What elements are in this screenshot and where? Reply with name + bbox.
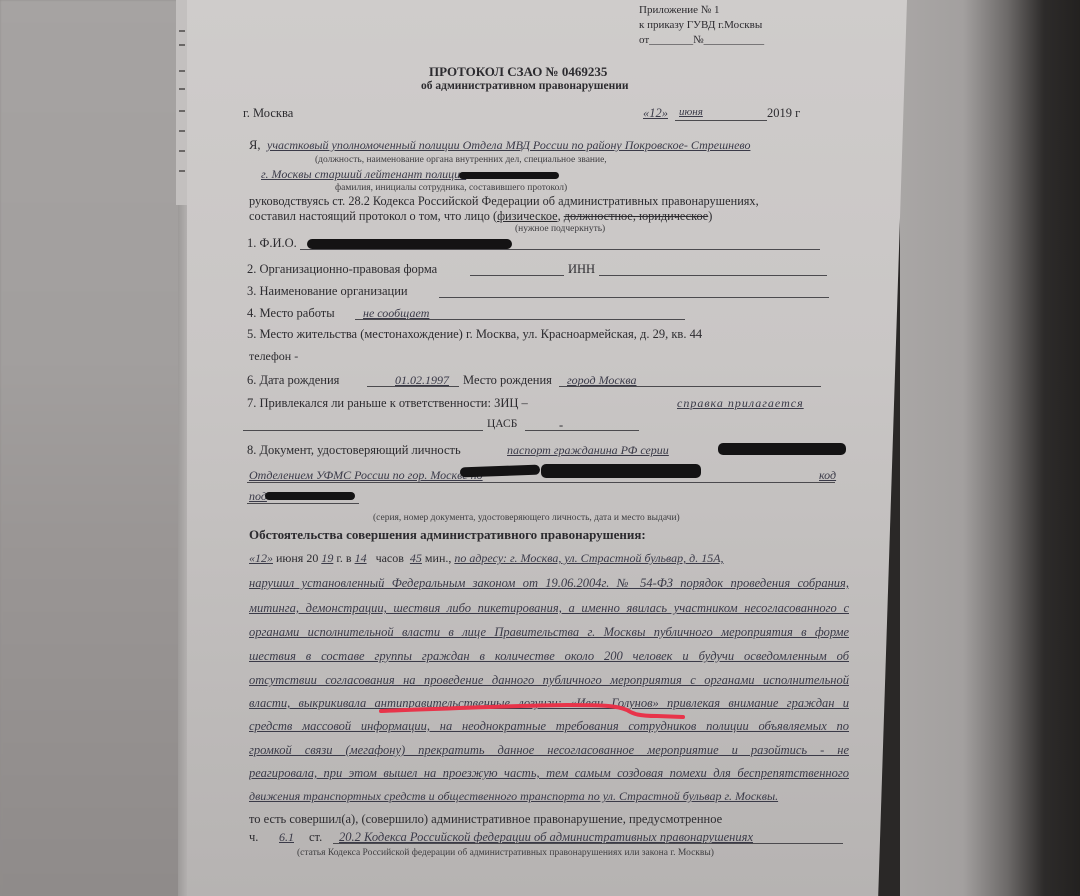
field-3-label: 3. Наименование организации bbox=[247, 284, 408, 299]
field-7-line bbox=[243, 430, 483, 431]
person-type-struck: должностное, юридическое bbox=[564, 209, 709, 223]
redaction-issuer-1 bbox=[460, 465, 540, 478]
field-6-label: 6. Дата рождения bbox=[247, 373, 339, 388]
circumstances-line-4: шествия в составе группы граждан в колич… bbox=[249, 649, 849, 664]
date-month-line bbox=[675, 120, 767, 121]
birthplace-label: Место рождения bbox=[463, 373, 552, 388]
conclusion-part-label: ч. bbox=[249, 830, 258, 845]
circumstances-line-10: движения транспортных средств и обществе… bbox=[249, 789, 778, 804]
field-1-label: 1. Ф.И.О. bbox=[247, 236, 297, 251]
redaction-division-code bbox=[265, 492, 355, 500]
circumstances-heading: Обстоятельства совершения административн… bbox=[249, 527, 646, 543]
field-3-line bbox=[439, 297, 829, 298]
field-7-label: 7. Привлекался ли раньше к ответственнос… bbox=[247, 396, 528, 411]
circumstances-date-line: «12» июня 20 19 г. в 14 часов 45 мин., п… bbox=[249, 551, 724, 566]
date-day: «12» bbox=[643, 106, 668, 121]
field-8-label: 8. Документ, удостоверяющий личность bbox=[247, 443, 461, 458]
circumstances-line-9: реагировала, при этом вышел на проезжую … bbox=[249, 766, 849, 781]
basis-caption: (нужное подчеркнуть) bbox=[515, 224, 605, 234]
field-2-inn-label: ИНН bbox=[568, 262, 595, 277]
document-line-2-underline bbox=[247, 482, 835, 483]
field-7-value: справка прилагается bbox=[677, 396, 804, 411]
officer-prefix: Я, bbox=[249, 138, 260, 153]
conclusion-part-value: 6.1 bbox=[279, 830, 294, 845]
event-month: июня 20 bbox=[276, 551, 318, 565]
field-5-label: 5. Место жительства (местонахождение) г.… bbox=[247, 327, 702, 342]
circumstances-line-1: нарушил установленный Федеральным законо… bbox=[249, 576, 849, 591]
protocol-title: ПРОТОКОЛ СЗАО № 0469235 bbox=[429, 64, 607, 80]
document-line-2: Отделением УФМС России по гор. Москве по bbox=[249, 468, 483, 483]
field-2-line bbox=[470, 275, 564, 276]
casb-label: ЦАСБ bbox=[487, 418, 517, 430]
event-hours: 14 bbox=[355, 551, 367, 565]
red-marker-underline bbox=[377, 700, 697, 728]
casb-line bbox=[525, 430, 639, 431]
basis-line-1: руководствуясь ст. 28.2 Кодекса Российск… bbox=[249, 194, 759, 209]
city: г. Москва bbox=[243, 106, 293, 121]
protocol-document: Приложение № 1 к приказу ГУВД г.Москвы о… bbox=[187, 0, 907, 896]
phone-label: телефон - bbox=[249, 349, 298, 364]
background-blur-right bbox=[900, 0, 1080, 896]
redaction-passport-number bbox=[718, 443, 846, 455]
event-minutes: 45 bbox=[410, 551, 422, 565]
circumstances-line-8: громкой связи (мегафону) прекратить данн… bbox=[249, 743, 849, 758]
officer-name-caption: фамилия, инициалы сотрудника, составивше… bbox=[335, 183, 567, 193]
date-month: июня bbox=[679, 106, 703, 118]
officer-position-caption: (должность, наименование органа внутренн… bbox=[315, 155, 607, 165]
conclusion-article-line bbox=[333, 843, 843, 844]
birth-date-line bbox=[367, 386, 459, 387]
redaction-full-name bbox=[307, 239, 512, 249]
field-4-label: 4. Место работы bbox=[247, 306, 335, 321]
event-day: «12» bbox=[249, 551, 273, 565]
redaction-officer-name bbox=[459, 172, 559, 179]
field-1-line bbox=[300, 249, 820, 250]
protocol-subtitle: об административном правонарушении bbox=[421, 80, 628, 92]
date-year: 2019 г bbox=[767, 106, 800, 121]
circumstances-line-5: отсутствии согласования на проведение да… bbox=[249, 673, 849, 688]
circumstances-line-2: митинга, демонстрации, шествия либо пике… bbox=[249, 601, 849, 616]
field-2-inn-line bbox=[599, 275, 827, 276]
appendix-line-1: Приложение № 1 bbox=[639, 4, 720, 16]
field-2-label: 2. Организационно-правовая форма bbox=[247, 262, 437, 277]
document-line-2-end: код bbox=[819, 468, 836, 483]
appendix-line-2: к приказу ГУВД г.Москвы bbox=[639, 19, 762, 31]
basis-line-2-prefix: составил настоящий протокол о том, что л… bbox=[249, 209, 497, 223]
event-year: 19 bbox=[321, 551, 333, 565]
basis-line-2: составил настоящий протокол о том, что л… bbox=[249, 209, 712, 224]
birthplace-line bbox=[559, 386, 821, 387]
document-line-1: паспорт гражданина РФ серии bbox=[507, 443, 669, 458]
conclusion-caption: (статья Кодекса Российской федерации об … bbox=[297, 848, 714, 858]
document-caption: (серия, номер документа, удостоверяющего… bbox=[373, 513, 680, 523]
appendix-line-3: от________№___________ bbox=[639, 34, 764, 46]
event-address: по адресу: г. Москва, ул. Страстной буль… bbox=[454, 551, 723, 565]
officer-rank: г. Москвы старший лейтенант полиции bbox=[261, 167, 466, 182]
conclusion-article-label: ст. bbox=[309, 830, 322, 845]
field-4-line bbox=[355, 319, 685, 320]
background-blur-left bbox=[0, 0, 185, 896]
circumstances-line-3: органами исполнительной власти в лице Пр… bbox=[249, 625, 849, 640]
document-line-3-underline bbox=[247, 503, 359, 504]
conclusion-line-1: то есть совершил(а), (совершило) админис… bbox=[249, 812, 722, 827]
redaction-issuer-2 bbox=[541, 464, 701, 478]
person-type-selected: физическое bbox=[497, 209, 558, 223]
officer-position: участковый уполномоченный полиции Отдела… bbox=[267, 138, 750, 153]
